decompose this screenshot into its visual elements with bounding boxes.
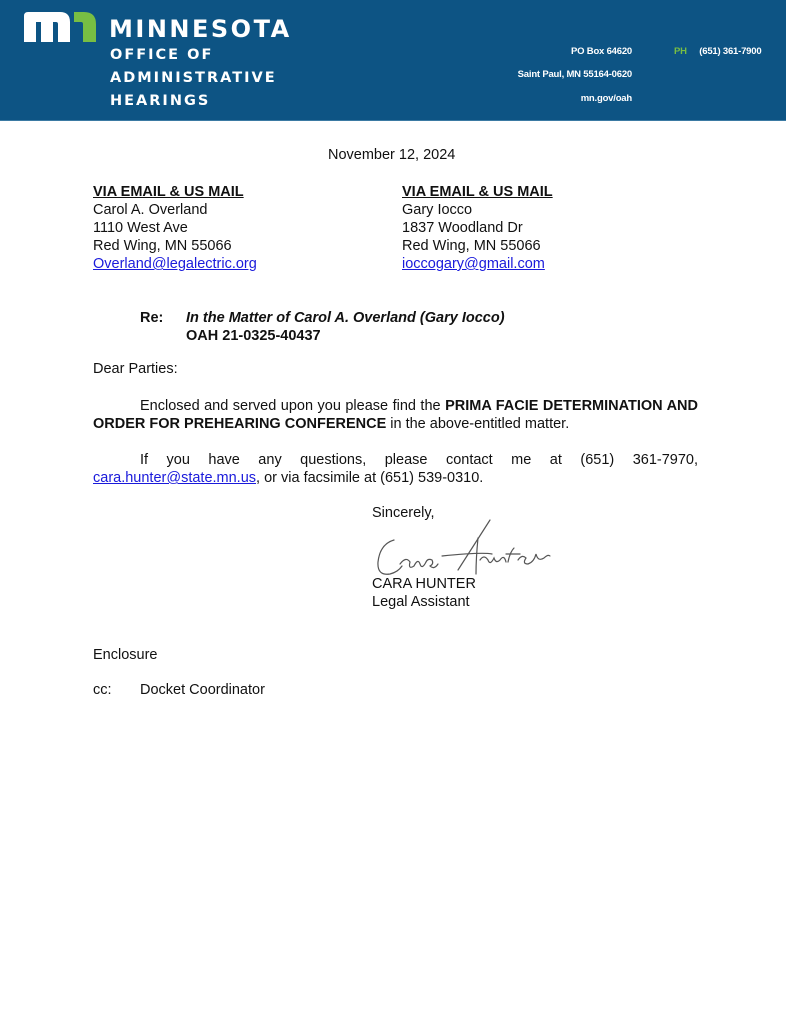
signer-name: CARA HUNTER <box>372 575 476 593</box>
city-address: Saint Paul, MN 55164-0620 <box>518 69 632 80</box>
website-link[interactable]: mn.gov/oah <box>581 93 632 104</box>
paragraph-text: , or via facsimile at (651) 539-0310. <box>256 470 483 486</box>
phone-contact: PH (651) 361-7900 <box>674 46 761 57</box>
paragraph-text: in the above-entitled matter. <box>386 416 569 432</box>
recipient-block-2: VIA EMAIL & US MAIL Gary Iocco 1837 Wood… <box>402 183 553 273</box>
phone-number: (651) 361-7900 <box>699 46 761 57</box>
phone-label: PH <box>674 46 687 57</box>
re-label: Re: <box>140 309 186 327</box>
subject-line: Re:In the Matter of Carol A. Overland (G… <box>140 309 505 345</box>
cc-recipient: Docket Coordinator <box>140 682 265 698</box>
signer-title: Legal Assistant <box>372 593 476 611</box>
body-paragraph-1: Enclosed and served upon you please find… <box>93 397 698 433</box>
agency-name: MINNESOTA OFFICE OF ADMINISTRATIVE HEARI… <box>109 14 292 113</box>
delivery-method: VIA EMAIL & US MAIL <box>93 183 257 201</box>
letter-date: November 12, 2024 <box>328 147 455 163</box>
enclosure-note: Enclosure <box>93 647 157 663</box>
recipient-city: Red Wing, MN 55066 <box>93 237 257 255</box>
matter-title: In the Matter of Carol A. Overland (Gary… <box>186 310 505 326</box>
recipient-city: Red Wing, MN 55066 <box>402 237 553 255</box>
letterhead-banner: MINNESOTA OFFICE OF ADMINISTRATIVE HEARI… <box>0 0 786 121</box>
paragraph-text: If you have any questions, please contac… <box>140 452 698 468</box>
recipient-street: 1837 Woodland Dr <box>402 219 553 237</box>
docket-number: OAH 21-0325-40437 <box>186 327 505 345</box>
body-paragraph-2: If you have any questions, please contac… <box>93 451 698 487</box>
cc-label: cc: <box>93 682 140 698</box>
brand-subtitle-2: ADMINISTRATIVE <box>110 67 292 90</box>
brand-subtitle-1: OFFICE OF <box>110 44 292 67</box>
delivery-method: VIA EMAIL & US MAIL <box>402 183 553 201</box>
recipient-email-link[interactable]: Overland@legalectric.org <box>93 256 257 272</box>
recipient-email-link[interactable]: ioccogary@gmail.com <box>402 256 545 272</box>
recipient-block-1: VIA EMAIL & US MAIL Carol A. Overland 11… <box>93 183 257 273</box>
recipient-name: Carol A. Overland <box>93 201 257 219</box>
brand-subtitle-3: HEARINGS <box>110 90 292 113</box>
recipient-name: Gary Iocco <box>402 201 553 219</box>
mn-logo-icon <box>24 10 96 42</box>
contact-email-link[interactable]: cara.hunter@state.mn.us <box>93 470 256 486</box>
recipient-street: 1110 West Ave <box>93 219 257 237</box>
signer-block: CARA HUNTER Legal Assistant <box>372 575 476 611</box>
brand-title: MINNESOTA <box>109 14 292 44</box>
paragraph-text: Enclosed and served upon you please find… <box>140 398 445 414</box>
salutation: Dear Parties: <box>93 361 178 377</box>
po-box: PO Box 64620 <box>571 46 632 57</box>
cc-line: cc:Docket Coordinator <box>93 682 265 698</box>
